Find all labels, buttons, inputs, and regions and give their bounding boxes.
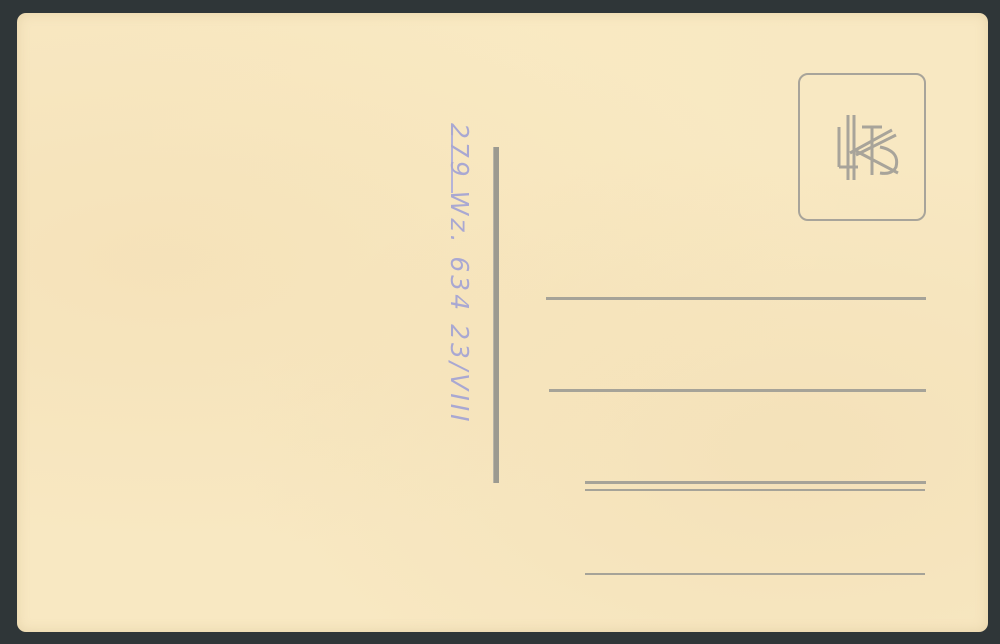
address-line-3a: [585, 481, 926, 484]
publisher-monogram-icon: [800, 75, 924, 219]
pencil-annotation-text: 279 Wz. 634 23/VIII: [445, 123, 474, 425]
address-line-4: [585, 573, 925, 575]
stamp-placeholder-box: [798, 73, 926, 221]
center-divider-line: [493, 147, 499, 483]
postcard-back: 279 Wz. 634 23/VIII: [17, 13, 988, 632]
address-line-3b: [585, 489, 925, 491]
address-line-1: [546, 297, 926, 300]
address-line-2: [549, 389, 926, 392]
